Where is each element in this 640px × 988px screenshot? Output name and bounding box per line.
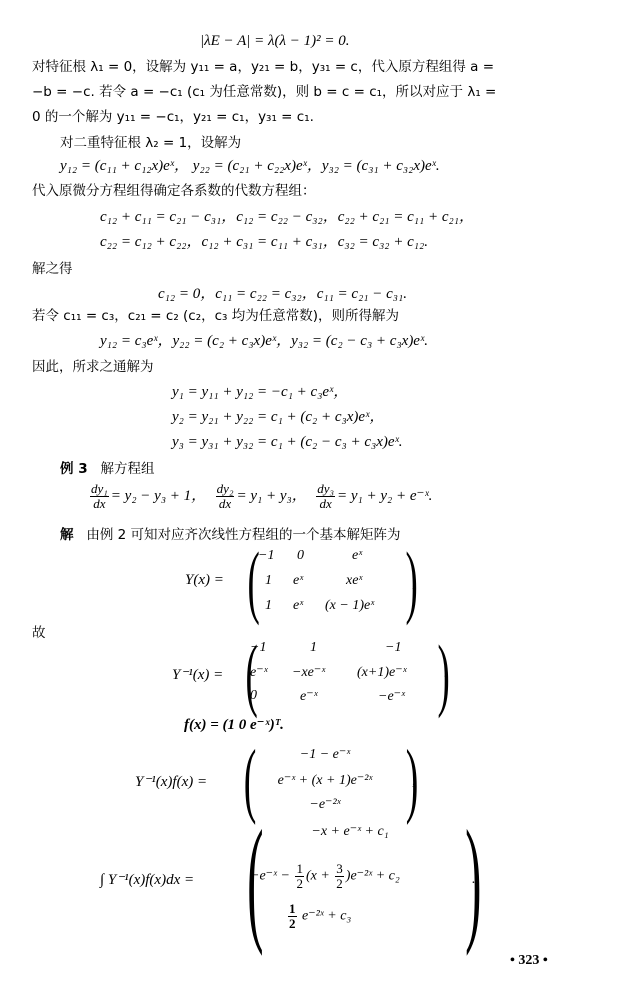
paragraph-double-root-intro: 对二重特征根 λ₂ = 1，设解为 (60, 134, 241, 152)
ode-system: dy₁dx= y₂ − y₃ + 1， dy₂dx= y₁ + y₃， dy₃d… (88, 482, 432, 511)
product-vector-entry: e⁻ˣ + (x + 1)e⁻²ˣ (240, 772, 410, 789)
algebraic-system-line1: c₁₂ + c₁₁ = c₂₁ − c₃₁，c₁₂ = c₂₂ − c₃₂，c₂… (100, 208, 474, 226)
ode3-rhs: = y₁ + y₂ + e⁻ˣ. (337, 488, 432, 504)
page-number: • 323 • (510, 953, 548, 969)
general-solution-y2: y₂ = y₂₁ + y₂₂ = c₁ + (c₂ + c₃x)eˣ， (172, 408, 384, 426)
matrix-Y-inverse-cell: e⁻ˣ (300, 688, 318, 705)
matrix-Y-cell: −1 (258, 548, 274, 564)
example-title: 解方程组 (100, 461, 154, 477)
matrix-Y-cell: 1 (265, 573, 272, 589)
matrix-Y-cell: eˣ (293, 598, 303, 614)
algebraic-system-intro: 代入原微分方程组得确定各系数的代数方程组： (32, 182, 316, 200)
solve-result-equation: c₁₂ = 0，c₁₁ = c₂₂ = c₃₂，c₁₁ = c₂₁ − c₃₁. (158, 285, 407, 303)
solve-label: 解之得 (32, 260, 73, 278)
matrix-Y-inverse-cell: 0 (250, 688, 257, 704)
matrix-Y-inverse-cell: (x+1)e⁻ˣ (357, 664, 407, 681)
ode3-derivative: dy₃dx (316, 482, 335, 511)
matrix-Y-cell: eˣ (352, 548, 362, 564)
matrix-Y-cell: 1 (265, 598, 272, 614)
general-solution-y3: y₃ = y₃₁ + y₃₂ = c₁ + (c₂ − c₃ + c₃x)eˣ. (172, 433, 403, 451)
example-label: 例 3 (60, 461, 88, 477)
general-solution-y1: y₁ = y₁₁ + y₁₂ = −c₁ + c₃eˣ， (172, 383, 348, 401)
integral-entry-3: 12 e⁻²ˣ + c₃ (286, 902, 351, 931)
integral-lhs: ∫ Y⁻¹(x)f(x)dx = (100, 870, 194, 889)
matrix-Y-inverse-cell: −xe⁻ˣ (292, 664, 325, 681)
paragraph-root-1-line1: 对特征根 λ₁ = 0，设解为 y₁₁ = a，y₂₁ = b，y₃₁ = c，… (32, 58, 494, 76)
integral-entry-1: −x + e⁻ˣ + c₁ (250, 823, 450, 840)
matrix-Y-cell: 0 (297, 548, 304, 564)
solution-label: 解 (60, 527, 74, 543)
matrix-Y-cell: (x − 1)eˣ (325, 598, 374, 614)
matrix-Y-cell: eˣ (293, 573, 303, 589)
ode1-rhs: = y₂ − y₃ + 1， (111, 488, 206, 504)
therefore-label: 故 (32, 624, 46, 642)
algebraic-system-line2: c₂₂ = c₁₂ + c₂₂，c₁₂ + c₃₁ = c₁₁ + c₃₁，c₃… (100, 233, 428, 251)
matrix-Y-inverse-cell: 1 (310, 640, 317, 656)
product-vector-lhs: Y⁻¹(x)f(x) = (135, 772, 207, 791)
matrix-Y-inverse-cell: e⁻ˣ (250, 664, 268, 681)
trial-solution-equation: y₁₂ = (c₁₁ + c₁₂x)eˣ， y₂₂ = (c₂₁ + c₂₂x)… (60, 157, 440, 175)
forcing-vector-definition: f(x) = (1 0 e⁻ˣ)ᵀ. (184, 716, 284, 734)
ode2-derivative: dy₂dx (216, 482, 235, 511)
matrix-Y-inverse-cell: −1 (385, 640, 401, 656)
punctuation: , (412, 774, 416, 790)
matrix-Y-lhs: Y(x) = (185, 572, 224, 589)
characteristic-equation: |λE − A| = λ(λ − 1)² = 0. (200, 32, 350, 50)
paragraph-root-1-line2: −b = −c. 若令 a = −c₁ (c₁ 为任意常数)，则 b = c =… (32, 83, 496, 101)
matrix-Y-cell: xeˣ (346, 573, 362, 589)
ode1-derivative: dy₁dx (90, 482, 109, 511)
matrix-Y-inverse-cell: −e⁻ˣ (378, 688, 405, 705)
solution-intro: 解 由例 2 可知对应齐次线性方程组的一个基本解矩阵为 (60, 526, 401, 544)
ode2-rhs: = y₁ + y₃， (236, 488, 306, 504)
punctuation: , (412, 576, 416, 592)
example-heading: 例 3 解方程组 (60, 460, 154, 478)
integral-entry-2: −e⁻ˣ − 12(x + 32)e⁻²ˣ + c₂ (250, 862, 400, 891)
paragraph-root-1-line3: 0 的一个解为 y₁₁ = −c₁，y₂₁ = c₁，y₃₁ = c₁. (32, 108, 314, 126)
punctuation: . (444, 666, 448, 682)
substitution-line: 若令 c₁₁ = c₃，c₂₁ = c₂ (c₂，c₃ 均为任意常数)，则所得解… (32, 307, 399, 325)
matrix-Y-inverse-cell: −1 (250, 640, 266, 656)
general-solution-label: 因此，所求之通解为 (32, 358, 154, 376)
product-vector-entry: −1 − e⁻ˣ (240, 746, 410, 763)
product-vector-entry: −e⁻²ˣ (240, 796, 410, 813)
solution-text: 由例 2 可知对应齐次线性方程组的一个基本解矩阵为 (86, 527, 400, 543)
punctuation: . (472, 872, 476, 888)
matrix-Y-inverse-lhs: Y⁻¹(x) = (172, 665, 223, 684)
particular-solution-equation: y₁₂ = c₃eˣ，y₂₂ = (c₂ + c₃x)eˣ，y₃₂ = (c₂ … (100, 332, 428, 350)
